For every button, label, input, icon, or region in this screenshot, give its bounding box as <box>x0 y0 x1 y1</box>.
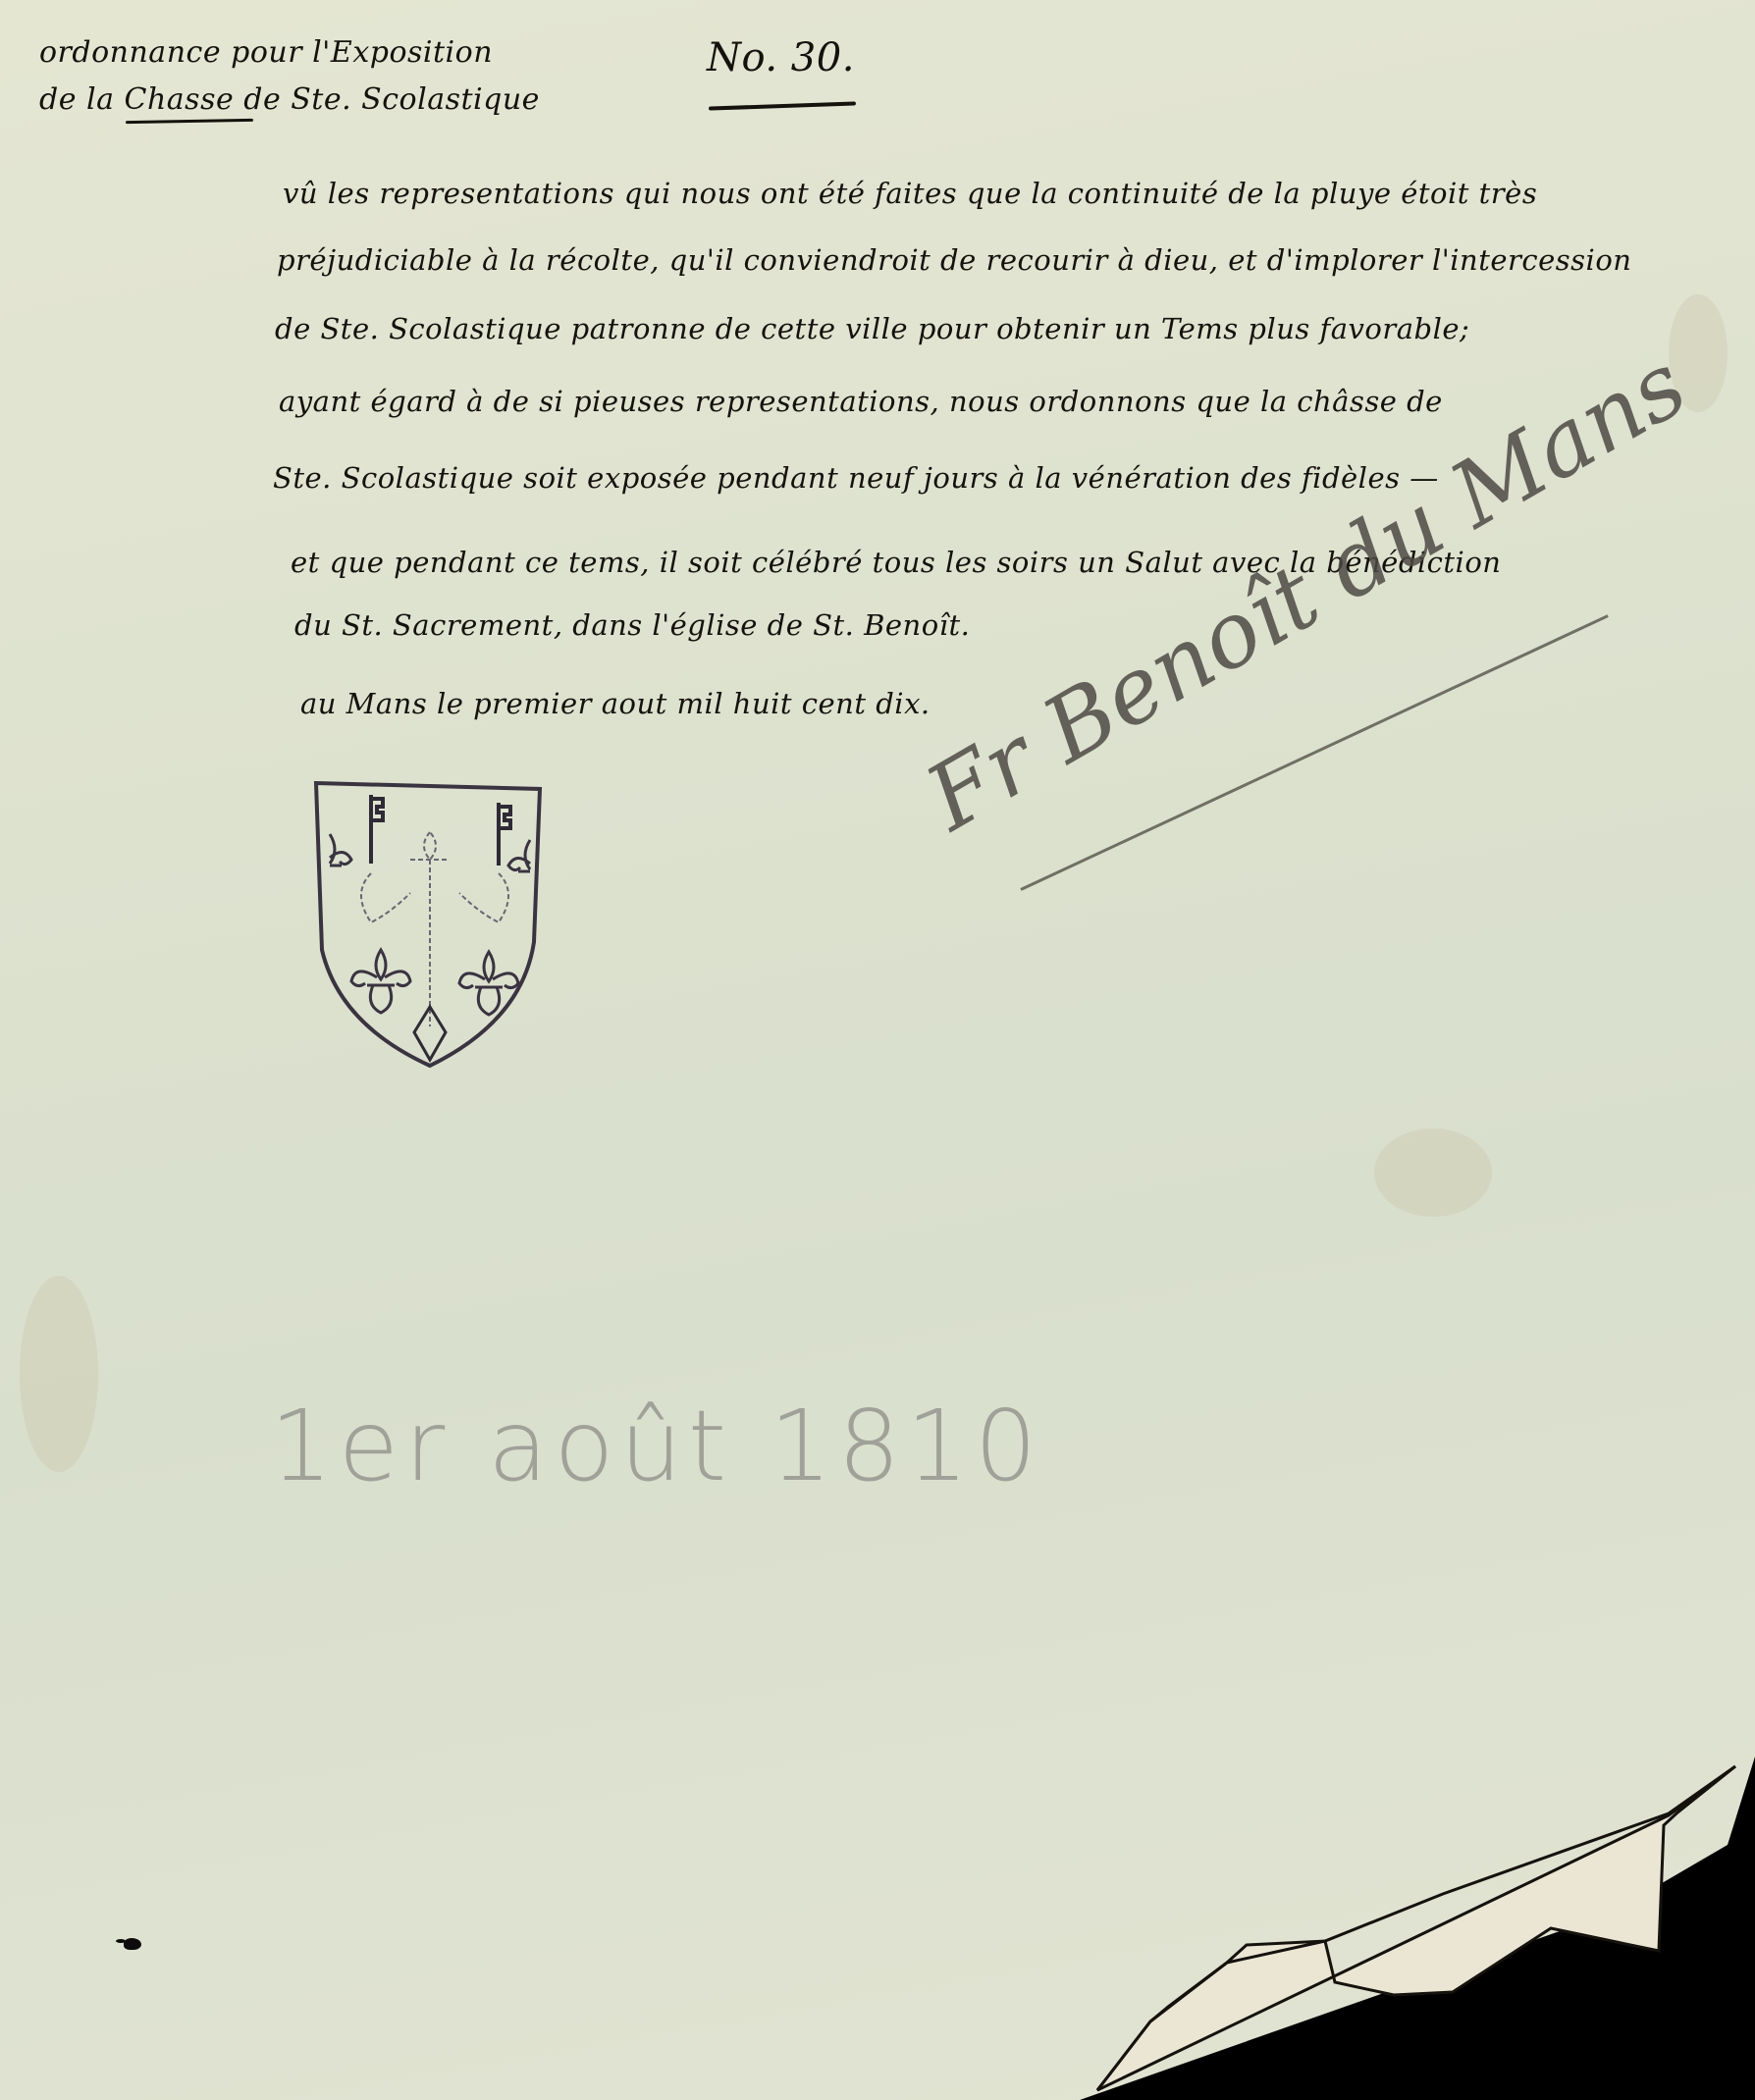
manuscript-page: ordonnance pour l'Exposition de la Chass… <box>0 0 1755 2100</box>
closing-line: au Mans le premier aout mil huit cent di… <box>300 687 931 720</box>
body-line: préjudiciable à la récolte, qu'il convie… <box>277 243 1631 277</box>
body-line: vû les representations qui nous ont été … <box>283 177 1537 210</box>
pencil-date-annotation: 1er août 1810 <box>270 1389 1042 1503</box>
paper-stain <box>1374 1129 1492 1217</box>
document-heading: ordonnance pour l'Exposition de la Chass… <box>39 29 540 124</box>
heading-line-2: de la Chasse de Ste. Scolastique <box>39 77 540 124</box>
body-line: ayant égard à de si pieuses representati… <box>279 385 1443 418</box>
number-underline <box>709 101 856 110</box>
paper-stain <box>20 1276 98 1472</box>
body-line: de Ste. Scolastique patronne de cette vi… <box>275 312 1469 345</box>
body-line: Ste. Scolastique soit exposée pendant ne… <box>273 461 1439 495</box>
document-number: No. 30. <box>707 35 855 80</box>
body-line: du St. Sacrement, dans l'église de St. B… <box>294 608 970 642</box>
heading-line-1: ordonnance pour l'Exposition <box>39 35 493 70</box>
ink-blot <box>124 1938 141 1950</box>
coat-of-arms-icon <box>312 775 548 1070</box>
